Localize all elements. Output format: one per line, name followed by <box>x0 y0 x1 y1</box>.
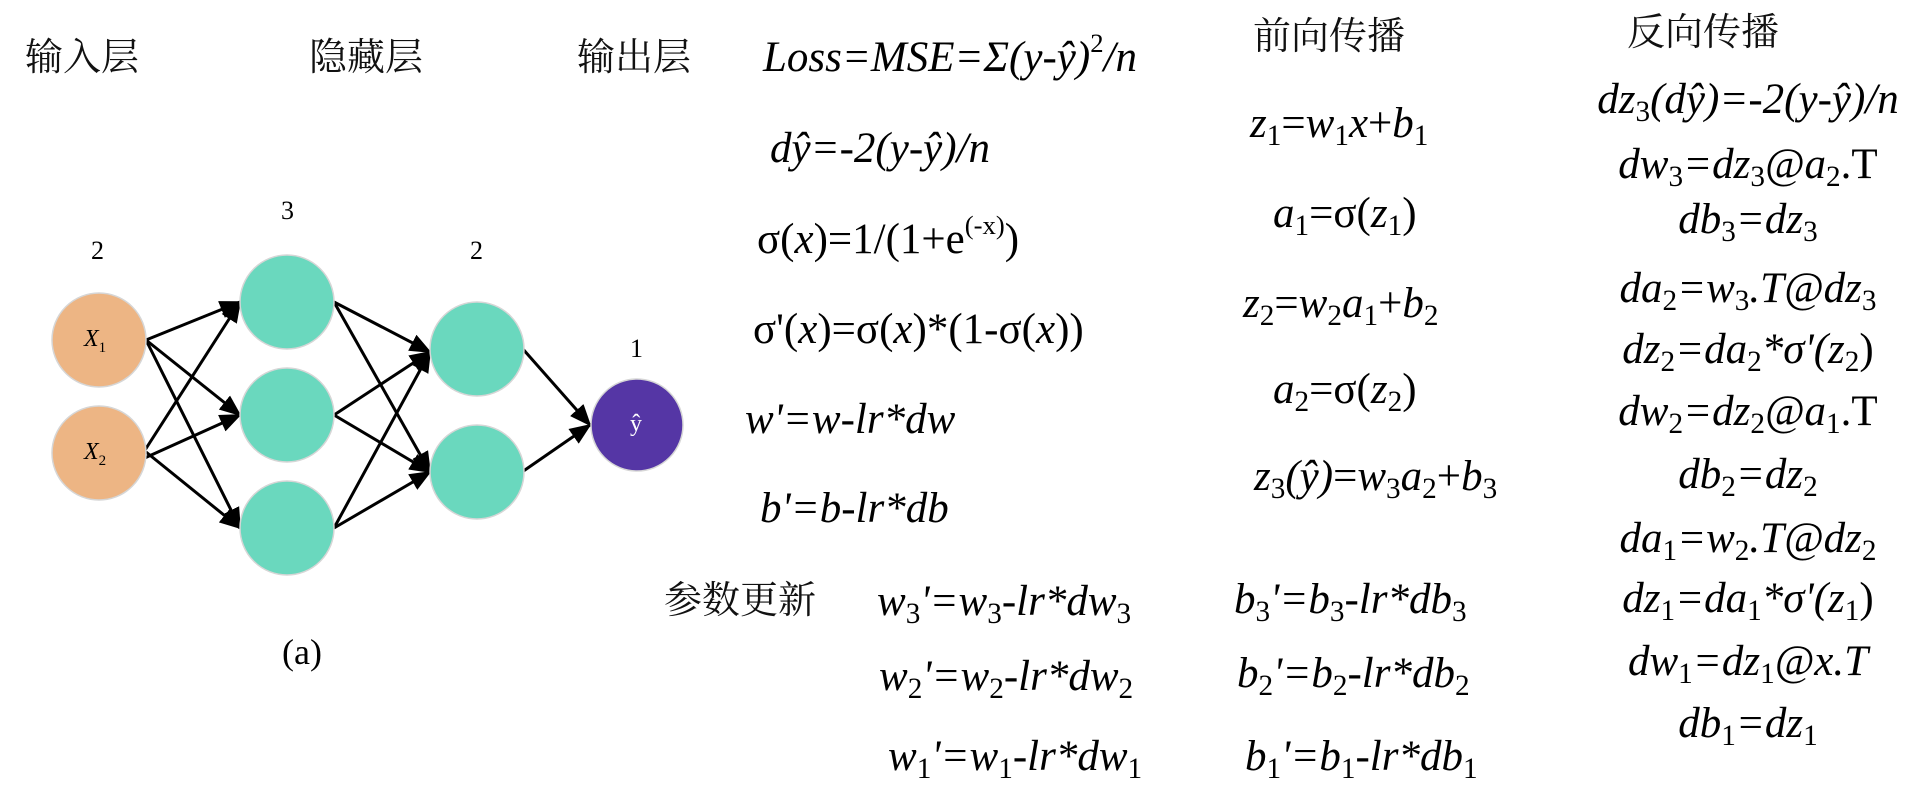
forward-step-3: z2=w2a1+b2 <box>1243 282 1438 325</box>
edge-x1-h3 <box>146 340 240 528</box>
forward-step-1: z1=w1x+b1 <box>1250 102 1428 145</box>
layer-size-hidden2: 2 <box>470 238 483 264</box>
edge-x1-h1 <box>146 302 240 340</box>
backward-step-4: da2=w3.T@dz3 <box>1619 267 1876 310</box>
backward-step-7: db2=dz2 <box>1678 453 1818 496</box>
loss-formula: Loss=MSE=Σ(y-ŷ)2/n <box>763 36 1137 79</box>
edge-g1-out <box>522 348 590 425</box>
w3-update: w3'=w3-lr*dw3 <box>877 580 1131 623</box>
hidden1-node-1 <box>240 255 334 349</box>
b1-update: b1'=b1-lr*db1 <box>1245 735 1478 778</box>
edge-x2-h3 <box>146 452 240 528</box>
hidden2-node-1 <box>430 302 524 396</box>
b2-update: b2'=b2-lr*db2 <box>1237 652 1470 695</box>
input-node-x1-label: X1 <box>84 326 106 357</box>
layer-size-input: 2 <box>91 238 104 264</box>
forward-step-2: a1=σ(z1) <box>1273 192 1417 235</box>
backward-step-11: db1=dz1 <box>1678 702 1818 745</box>
hidden2-node-2 <box>430 425 524 519</box>
hidden1-node-2 <box>240 368 334 462</box>
figure-caption: (a) <box>282 634 322 670</box>
sigmoid-formula: σ(x)=1/(1+e(-x)) <box>757 218 1019 261</box>
weight-update-rule: w'=w-lr*dw <box>745 398 955 441</box>
hidden1-node-3 <box>240 481 334 575</box>
dyhat-formula: dŷ=-2(y-ŷ)/n <box>770 127 990 170</box>
backward-propagation-label: 反向传播 <box>1627 13 1779 51</box>
edge-g2-out <box>522 425 590 472</box>
bias-update-rule: b'=b-lr*db <box>760 487 949 530</box>
forward-propagation-label: 前向传播 <box>1253 17 1405 55</box>
edge-h2-g1 <box>334 352 430 415</box>
layer-size-hidden1: 3 <box>281 198 294 224</box>
backward-step-8: da1=w2.T@dz2 <box>1619 517 1876 560</box>
backward-step-9: dz1=da1*σ'(z1) <box>1622 577 1873 620</box>
sigmoid-derivative-formula: σ'(x)=σ(x)*(1-σ(x)) <box>753 308 1084 351</box>
forward-step-4: a2=σ(z2) <box>1273 368 1417 411</box>
forward-step-5: z3(ŷ)=w3a2+b3 <box>1254 455 1497 498</box>
layer-size-output: 1 <box>630 336 643 362</box>
backward-step-1: dz3(dŷ)=-2(y-ŷ)/n <box>1597 78 1899 121</box>
input-node-x2-label: X2 <box>84 439 106 470</box>
backward-step-5: dz2=da2*σ'(z2) <box>1622 328 1873 371</box>
b3-update: b3'=b3-lr*db3 <box>1234 578 1467 621</box>
w2-update: w2'=w2-lr*dw2 <box>879 655 1133 698</box>
backward-step-2: dw3=dz3@a2.T <box>1618 143 1877 186</box>
backward-step-3: db3=dz3 <box>1678 198 1818 241</box>
output-node-label: ŷ <box>630 411 642 438</box>
backward-step-6: dw2=dz2@a1.T <box>1618 390 1877 433</box>
w1-update: w1'=w1-lr*dw1 <box>888 735 1142 778</box>
backward-step-10: dw1=dz1@x.T <box>1628 640 1868 683</box>
neural-network-diagram <box>0 0 720 700</box>
